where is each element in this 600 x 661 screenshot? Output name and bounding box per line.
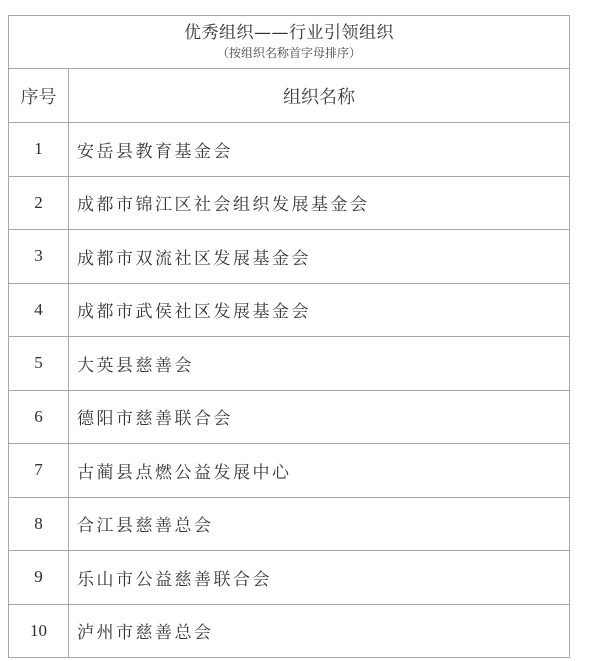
organization-name: 安岳县教育基金会 bbox=[69, 123, 570, 177]
row-number: 9 bbox=[9, 551, 69, 605]
row-number: 2 bbox=[9, 176, 69, 230]
row-number: 7 bbox=[9, 444, 69, 498]
row-number: 6 bbox=[9, 390, 69, 444]
table-row: 6 德阳市慈善联合会 bbox=[9, 390, 570, 444]
row-number: 10 bbox=[9, 604, 69, 658]
row-number: 3 bbox=[9, 230, 69, 284]
table-title: 优秀组织——行业引领组织 bbox=[9, 22, 569, 44]
organization-name: 大英县慈善会 bbox=[69, 337, 570, 391]
table-row: 1 安岳县教育基金会 bbox=[9, 123, 570, 177]
organization-table: 优秀组织——行业引领组织 （按组织名称首字母排序） 序号 组织名称 1 安岳县教… bbox=[8, 15, 570, 658]
table-row: 9 乐山市公益慈善联合会 bbox=[9, 551, 570, 605]
organization-name: 德阳市慈善联合会 bbox=[69, 390, 570, 444]
row-number: 4 bbox=[9, 283, 69, 337]
organization-name: 乐山市公益慈善联合会 bbox=[69, 551, 570, 605]
table-row: 8 合江县慈善总会 bbox=[9, 497, 570, 551]
header-row: 序号 组织名称 bbox=[9, 69, 570, 123]
organization-name: 合江县慈善总会 bbox=[69, 497, 570, 551]
title-row: 优秀组织——行业引领组织 （按组织名称首字母排序） bbox=[9, 16, 570, 69]
table-row: 2 成都市锦江区社会组织发展基金会 bbox=[9, 176, 570, 230]
table-row: 3 成都市双流社区发展基金会 bbox=[9, 230, 570, 284]
organization-name: 成都市双流社区发展基金会 bbox=[69, 230, 570, 284]
organization-name: 成都市武侯社区发展基金会 bbox=[69, 283, 570, 337]
table-row: 5 大英县慈善会 bbox=[9, 337, 570, 391]
title-cell: 优秀组织——行业引领组织 （按组织名称首字母排序） bbox=[9, 16, 570, 69]
table-row: 7 古蔺县点燃公益发展中心 bbox=[9, 444, 570, 498]
row-number: 8 bbox=[9, 497, 69, 551]
organization-name: 古蔺县点燃公益发展中心 bbox=[69, 444, 570, 498]
table-row: 4 成都市武侯社区发展基金会 bbox=[9, 283, 570, 337]
column-header-name: 组织名称 bbox=[69, 69, 570, 123]
column-header-no: 序号 bbox=[9, 69, 69, 123]
table-row: 10 泸州市慈善总会 bbox=[9, 604, 570, 658]
organization-name: 成都市锦江区社会组织发展基金会 bbox=[69, 176, 570, 230]
row-number: 1 bbox=[9, 123, 69, 177]
row-number: 5 bbox=[9, 337, 69, 391]
table-subtitle: （按组织名称首字母排序） bbox=[9, 44, 569, 62]
organization-name: 泸州市慈善总会 bbox=[69, 604, 570, 658]
